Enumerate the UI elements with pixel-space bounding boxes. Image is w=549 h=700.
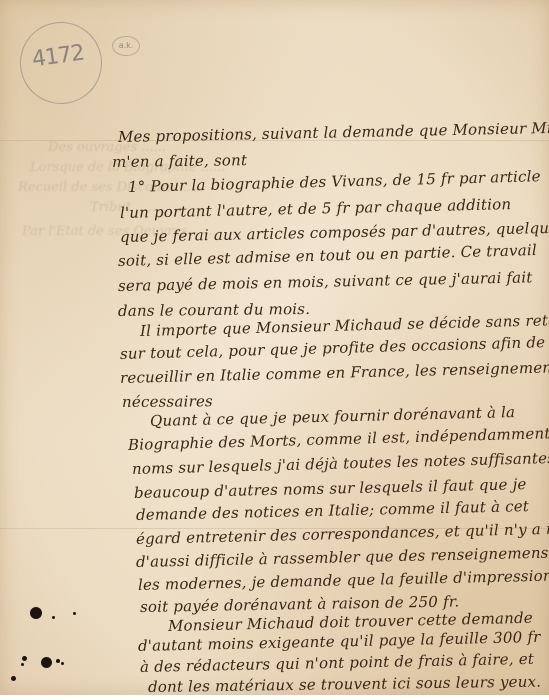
letter-line: dont les matériaux se trouvent ici sous … — [148, 673, 541, 696]
ink-speck — [21, 663, 24, 666]
letter-line: noms sur lesquels j'ai déjà toutes les n… — [132, 449, 549, 478]
ink-blot — [30, 607, 42, 619]
ink-speck — [73, 612, 76, 615]
letter-line: nécessaires — [122, 392, 213, 411]
ink-speck — [56, 659, 60, 663]
ink-speck — [11, 676, 16, 681]
letter-line: les modernes, je demande que la feuille … — [138, 566, 549, 594]
letter-line: soit, si elle est admise en tout ou en p… — [118, 241, 537, 270]
letter-line: recueillir en Italie comme en France, le… — [120, 358, 549, 387]
ink-speck — [22, 656, 27, 661]
letter-page: 4172 a.k. Des ouvrages ...... Lorsque de… — [0, 0, 549, 695]
ink-blot — [41, 657, 52, 668]
letter-line: demande des notices en Italie; comme il … — [136, 497, 529, 524]
letter-line: d'aussi difficile à rassembler que des r… — [136, 543, 549, 571]
letter-line: Mes propositions, suivant la demande que… — [118, 118, 549, 146]
letter-line: m'en a faite, sont — [112, 151, 247, 171]
letter-line: égard entretenir des correspondances, et… — [136, 519, 549, 548]
ink-speck — [61, 662, 64, 665]
small-pencil-mark: a.k. — [112, 36, 140, 56]
ink-speck — [52, 616, 55, 619]
letter-line: dans le courant du mois. — [118, 300, 310, 320]
letter-line: l'un portant l'autre, et de 5 fr par cha… — [120, 195, 512, 222]
letter-line: sera payé de mois en mois, suivant ce qu… — [118, 268, 533, 295]
letter-line: à des rédacteurs qui n'ont point de frai… — [140, 650, 534, 676]
